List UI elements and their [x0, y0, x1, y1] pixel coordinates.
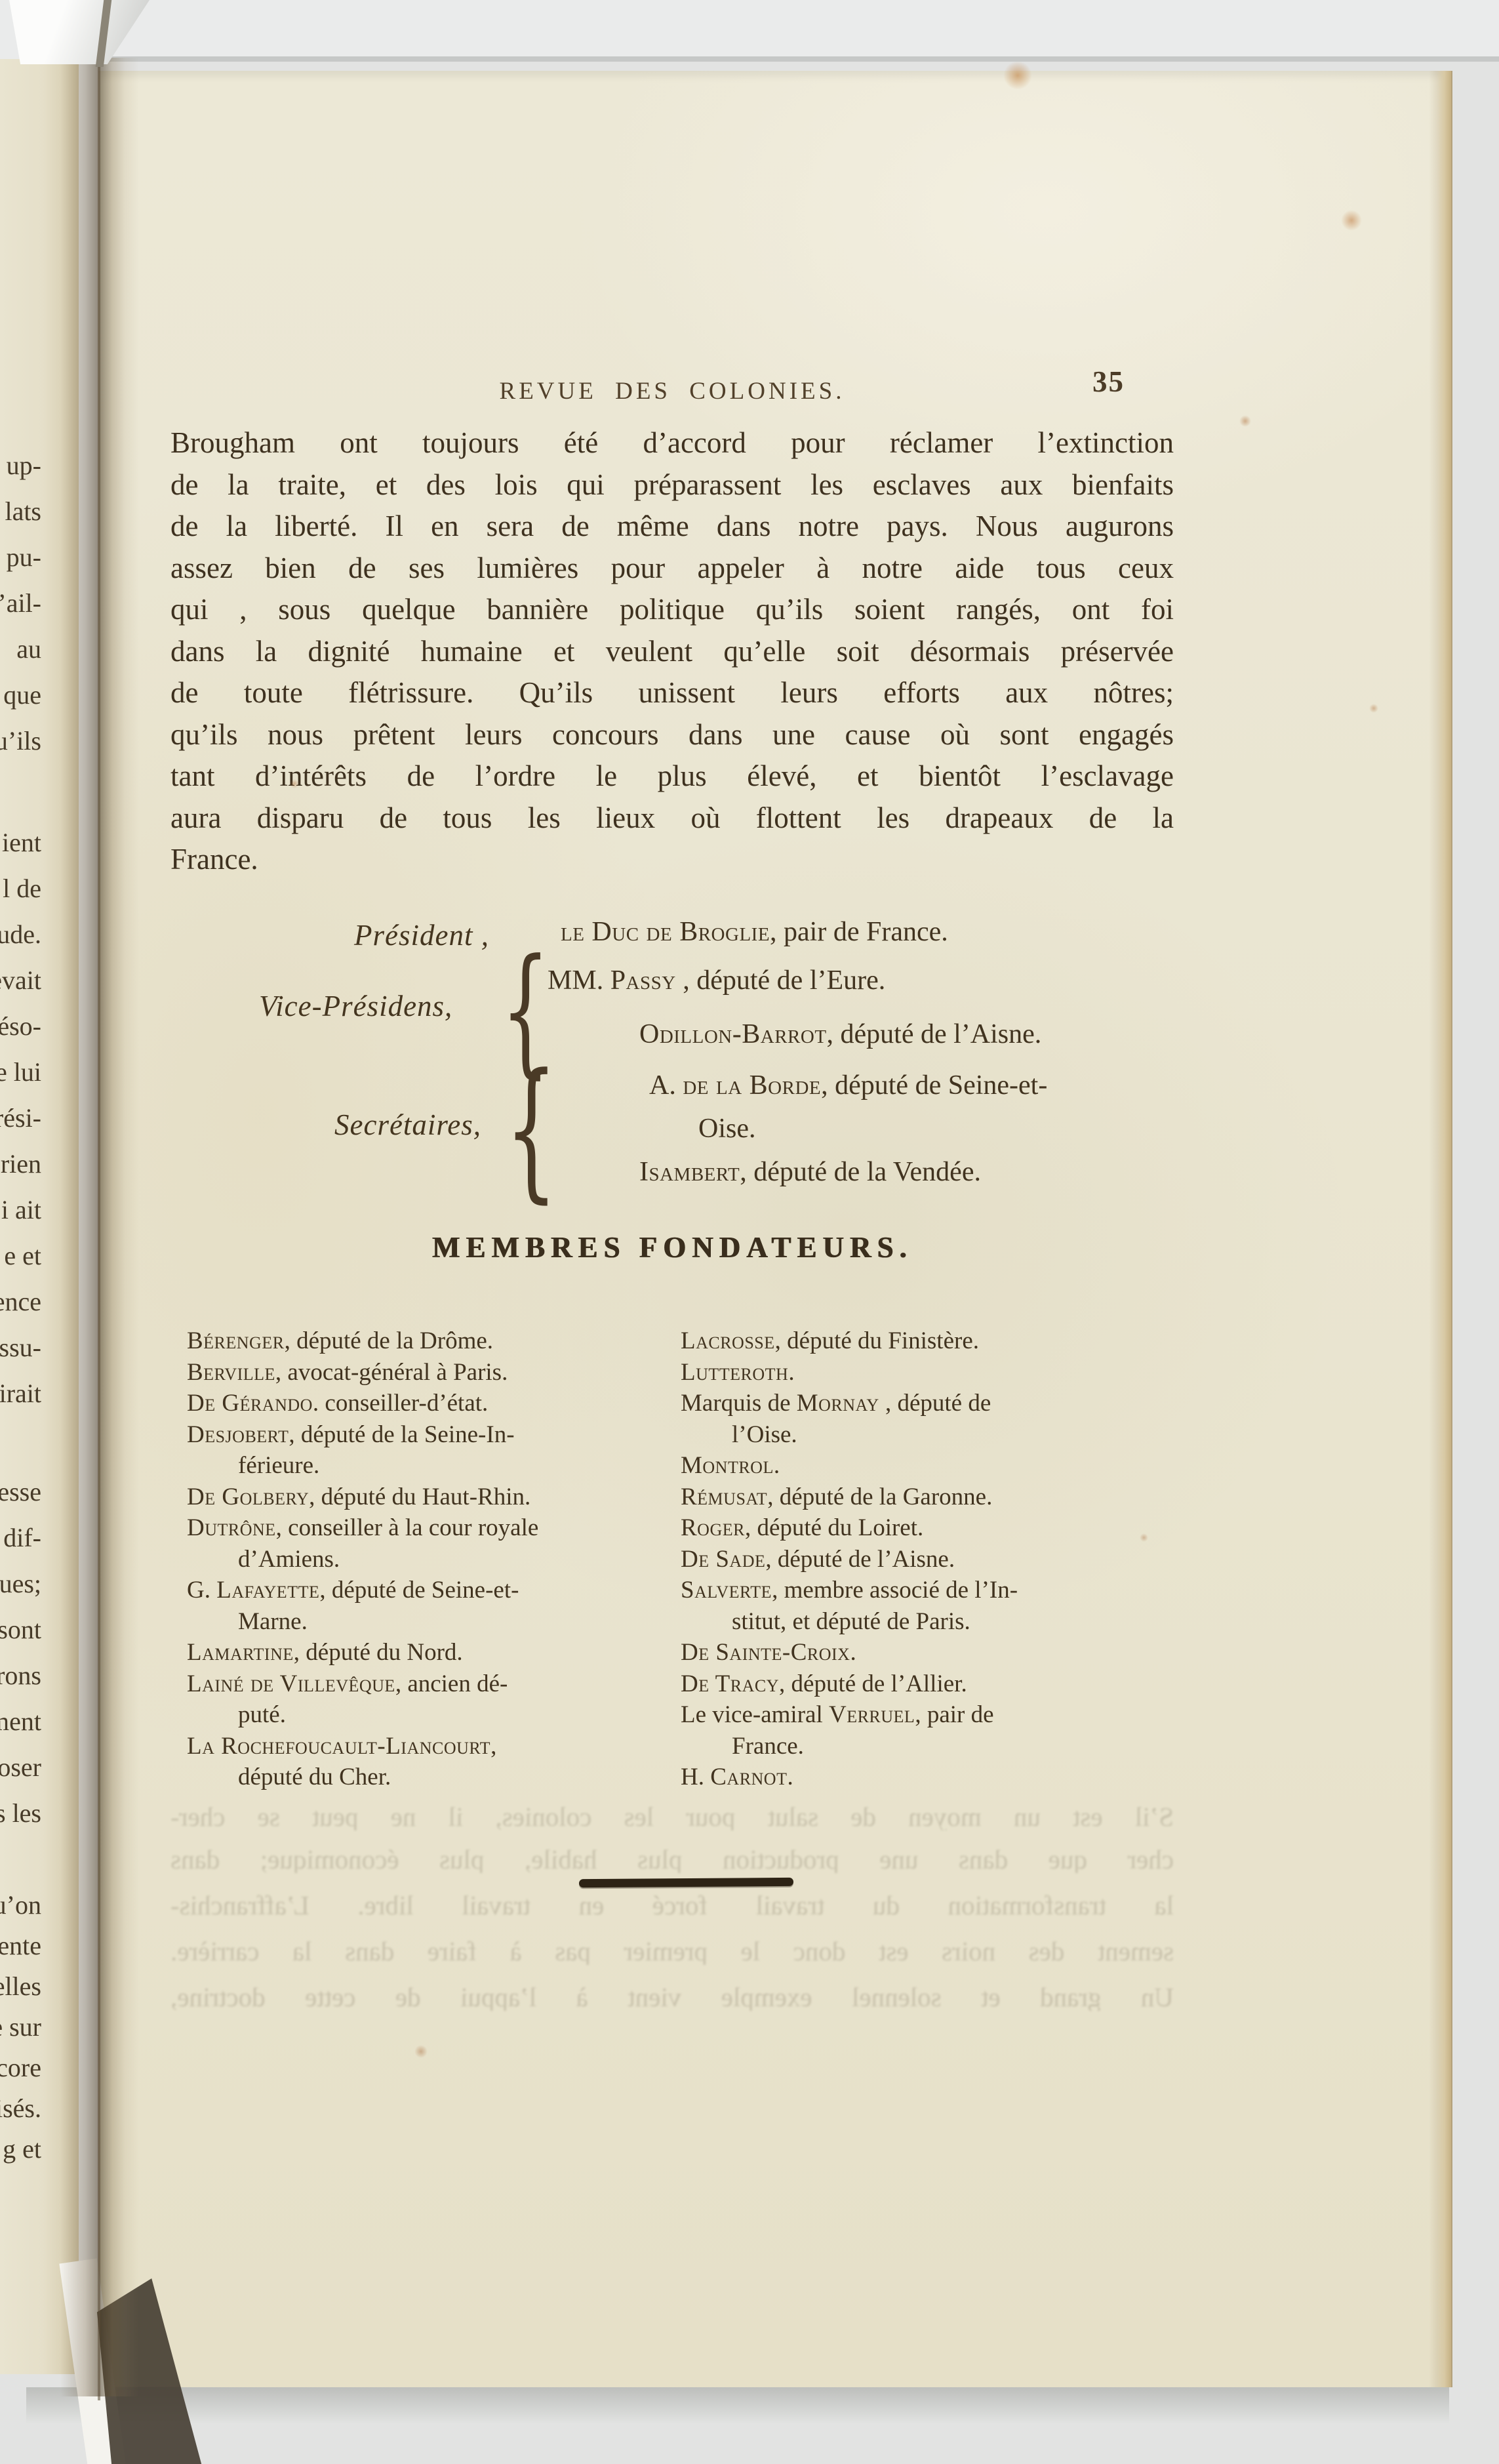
member-text: G. [187, 1577, 216, 1604]
margin-fragment: lesse [0, 1479, 41, 1505]
margin-fragment: oser [0, 1754, 41, 1781]
member-text: , député du Haut-Rhin. [309, 1484, 530, 1510]
member-line: Marquis de Mornay , député de [681, 1391, 991, 1415]
margin-fragment: e et [4, 1243, 41, 1269]
paragraph-line: aura disparu de tous les lieux où flotte… [170, 803, 1174, 834]
margin-fragment: lats [5, 498, 41, 525]
member-line: Lamartine, député du Nord. [187, 1640, 463, 1665]
member-line: Marne. [238, 1609, 308, 1634]
paragraph-line: qu’ils nous prêtent leurs concours dans … [170, 719, 1174, 750]
member-text: puté. [238, 1701, 286, 1728]
paragraph-line: de la liberté. Il en sera de même dans n… [170, 511, 1174, 542]
officer-entry-line: A. de la Borde, député de Seine-et- [649, 1072, 1047, 1099]
member-text: , député de Seine-et- [319, 1577, 519, 1604]
member-text: , pair de [915, 1701, 993, 1728]
margin-fragment: rési- [0, 1105, 41, 1131]
members-heading: MEMBRES FONDATEURS. [170, 1233, 1174, 1262]
member-line: Lacrosse, député du Finistère. [681, 1329, 979, 1353]
member-line: Desjobert, député de la Seine-In- [187, 1423, 515, 1447]
member-name: Lacrosse [681, 1327, 775, 1354]
foxing-spot [414, 2045, 428, 2058]
member-text: stitut, et député de Paris. [732, 1608, 970, 1635]
paragraph-line: de toute flétrissure. Qu’ils unissent le… [170, 677, 1174, 708]
member-name: Lutteroth [681, 1359, 788, 1386]
member-line: Lainé de Villevêque, ancien dé- [187, 1672, 508, 1696]
member-line: De Sainte-Croix. [681, 1640, 856, 1665]
member-text: , député de la Vendée. [740, 1157, 981, 1187]
member-line: Le vice-amiral Verruel, pair de [681, 1703, 994, 1727]
margin-fragment: up- [7, 453, 41, 479]
member-name: Rémusat [681, 1484, 767, 1510]
member-text: . [850, 1639, 856, 1666]
member-text: , député de la Seine-In- [289, 1421, 514, 1448]
bleedthrough-line: Un grand et solennel exemple vient à l’a… [170, 1984, 1174, 2011]
member-line: Roger, député du Loiret. [681, 1516, 923, 1540]
section-end-rule [579, 1878, 793, 1888]
member-line: député du Cher. [238, 1765, 391, 1789]
member-text: d’Amiens. [238, 1546, 340, 1573]
paragraph-line: Brougham ont toujours été d’accord pour … [170, 428, 1174, 458]
member-text: , député de [879, 1390, 991, 1417]
member-name: De Sainte-Croix [681, 1639, 850, 1666]
margin-fragment: erons [0, 1663, 41, 1689]
foxing-spot [1369, 704, 1378, 713]
bleedthrough-line: la transformation du travail forcé en tr… [170, 1892, 1174, 1919]
member-name: Desjobert [187, 1421, 289, 1448]
member-text: Marne. [238, 1608, 308, 1635]
margin-fragment: u’ils [0, 728, 41, 754]
member-text: . [788, 1359, 794, 1386]
member-text: Marquis de [681, 1390, 797, 1417]
margin-fragment: éso- [0, 1013, 41, 1040]
margin-fragment: ues; [0, 1571, 41, 1597]
member-line: La Rochefoucault-Liancourt, [187, 1734, 496, 1758]
margin-fragment: s les [0, 1800, 41, 1827]
margin-fragment: ’ail- [0, 590, 41, 616]
paragraph-line: France. [170, 844, 1174, 875]
member-text: A. [649, 1070, 683, 1101]
member-text: , député de Seine-et- [821, 1070, 1047, 1101]
paragraph-line: dans la dignité humaine et veulent qu’el… [170, 636, 1174, 667]
member-text: , député de la Garonne. [767, 1484, 992, 1510]
paragraph-line: tant d’intérêts de l’ordre le plus élevé… [170, 761, 1174, 792]
book-scan: up-latspu-’ail-auqueu’ilsientl deude.eva… [0, 0, 1499, 2464]
margin-fragment: sont [0, 1617, 41, 1643]
margin-fragment: u’on [0, 1892, 41, 1918]
paragraph-line: assez bien de ses lumières pour appeler … [170, 553, 1174, 584]
member-line: G. Lafayette, député de Seine-et- [187, 1578, 519, 1602]
margin-fragment: que [3, 682, 41, 708]
margin-fragment: i ait [1, 1197, 41, 1223]
officer-role-label: Vice-Présidens, [259, 992, 452, 1021]
member-line: H. Carnot. [681, 1765, 793, 1789]
page-right-edge [1429, 71, 1452, 2387]
member-name: De Gérando [187, 1390, 313, 1417]
bleedthrough-line: sement des noirs est donc le premier pas… [170, 1938, 1174, 1965]
member-line: stitut, et député de Paris. [732, 1609, 970, 1634]
member-text: , député de l’Allier. [779, 1670, 967, 1697]
officer-entry-line: MM. Passy , député de l’Eure. [548, 967, 885, 994]
margin-fragment: ssu- [0, 1335, 41, 1361]
margin-fragment: elles [0, 1973, 41, 2000]
member-text: France. [732, 1733, 804, 1760]
member-text: . conseiller-d’état. [313, 1390, 488, 1417]
margin-fragment: ient [2, 830, 41, 856]
page: REVUE DES COLONIES. 35 Brougham ont touj… [98, 71, 1452, 2387]
member-name: Berville [187, 1359, 275, 1386]
member-line: France. [732, 1734, 804, 1758]
member-name: De Sade [681, 1546, 765, 1573]
member-name: Verruel [829, 1701, 915, 1728]
member-line: Lutteroth. [681, 1360, 795, 1384]
member-text: , conseiller à la cour royale [276, 1514, 539, 1541]
member-name: de la Borde [683, 1070, 821, 1101]
member-line: férieure. [238, 1453, 319, 1478]
officer-entry-line: le Duc de Broglie, pair de France. [561, 918, 948, 946]
scanner-background [0, 0, 1499, 60]
member-name: Carnot [710, 1764, 787, 1790]
member-line: Berville, avocat-général à Paris. [187, 1360, 508, 1384]
member-name: Salverte [681, 1577, 772, 1604]
member-line: l’Oise. [732, 1423, 797, 1447]
member-name: Odillon-Barrot [639, 1019, 827, 1049]
member-text: Oise. [698, 1114, 756, 1144]
member-name: Montrol [681, 1452, 774, 1479]
officer-entry-line: Odillon-Barrot, député de l’Aisne. [639, 1020, 1041, 1048]
margin-fragment: e sur [0, 2014, 41, 2040]
member-text: férieure. [238, 1452, 319, 1479]
member-text: , député de l’Eure. [676, 965, 886, 996]
member-line: puté. [238, 1703, 286, 1727]
margin-fragment: sente [0, 1933, 41, 1959]
member-line: d’Amiens. [238, 1547, 340, 1571]
brace: { [505, 1062, 557, 1197]
foxing-spot [1003, 61, 1032, 90]
member-line: De Sade, député de l’Aisne. [681, 1547, 955, 1571]
margin-fragment: ude. [0, 921, 41, 948]
member-name: Dutrône [187, 1514, 276, 1541]
member-text: . [787, 1764, 793, 1790]
member-name: Lainé de Villevêque [187, 1670, 395, 1697]
margin-fragment: rien [1, 1151, 41, 1177]
paragraph-line: de la traite, et des lois qui préparasse… [170, 470, 1174, 500]
member-name: De Golbery [187, 1484, 309, 1510]
member-line: Salverte, membre associé de l’In- [681, 1578, 1018, 1602]
member-text: , député de la Drôme. [285, 1327, 494, 1354]
margin-fragment: evait [0, 967, 41, 994]
page-number: 35 [1092, 367, 1125, 397]
member-name: La Rochefoucault-Liancourt [187, 1733, 490, 1760]
member-text: , membre associé de l’In- [772, 1577, 1018, 1604]
foxing-spot [1341, 210, 1362, 231]
member-text: , ancien dé- [395, 1670, 508, 1697]
margin-fragment: irait [0, 1381, 41, 1407]
member-name: Bérenger [187, 1327, 285, 1354]
bleedthrough-line: cher que dans une production plus habile… [170, 1846, 1174, 1873]
officer-entry-line: Oise. [698, 1115, 756, 1142]
margin-fragment: dif- [3, 1525, 41, 1551]
member-text: , [490, 1733, 496, 1760]
officer-role-label: Président , [354, 921, 489, 950]
member-name: Isambert [639, 1157, 740, 1187]
member-text: , député de l’Aisne. [765, 1546, 955, 1573]
member-line: De Golbery, député du Haut-Rhin. [187, 1485, 530, 1509]
member-name: le Duc de Broglie [561, 917, 770, 947]
bleedthrough-line: S’il est un moyen de salut pour les colo… [170, 1804, 1174, 1830]
margin-fragment: visés. [0, 2095, 41, 2122]
member-line: Dutrône, conseiller à la cour royale [187, 1516, 538, 1540]
page-bottom-shadow [26, 2387, 1449, 2424]
member-text: , avocat-général à Paris. [275, 1359, 508, 1386]
member-name: Mornay [797, 1390, 879, 1417]
member-text: , député du Loiret. [745, 1514, 923, 1541]
member-line: Bérenger, député de la Drôme. [187, 1329, 493, 1353]
member-name: Roger [681, 1514, 745, 1541]
margin-fragment: ncore [0, 2055, 41, 2081]
member-text: H. [681, 1764, 710, 1790]
running-header: REVUE DES COLONIES. [170, 379, 1174, 403]
paragraph-line: qui , sous quelque bannière politique qu… [170, 594, 1174, 625]
foxing-spot [1239, 415, 1251, 427]
member-name: Lafayette [216, 1577, 319, 1604]
member-text: . [774, 1452, 780, 1479]
officer-entry-line: Isambert, député de la Vendée. [639, 1158, 981, 1186]
member-text: MM. [548, 965, 610, 996]
member-name: De Tracy [681, 1670, 779, 1697]
margin-fragment: g et [3, 2136, 41, 2162]
member-text: , député de l’Aisne. [827, 1019, 1042, 1049]
member-name: Lamartine [187, 1639, 294, 1666]
margin-fragment: ence [0, 1289, 41, 1315]
scanner-edge-line [92, 56, 1499, 62]
officer-role-label: Secrétaires, [334, 1110, 481, 1140]
member-text: , député du Nord. [294, 1639, 463, 1666]
member-name: Passy [610, 965, 676, 996]
member-text: Le vice-amiral [681, 1701, 829, 1728]
margin-fragment: e lui [0, 1059, 41, 1085]
member-line: De Gérando. conseiller-d’état. [187, 1391, 488, 1415]
member-text: , pair de France. [770, 917, 948, 947]
member-text: député du Cher. [238, 1764, 391, 1790]
member-text: l’Oise. [732, 1421, 797, 1448]
margin-fragment: au [16, 636, 41, 662]
margin-fragment: pu- [7, 544, 41, 571]
member-line: De Tracy, député de l’Allier. [681, 1672, 967, 1696]
member-line: Montrol. [681, 1453, 780, 1478]
margin-fragment: l de [3, 876, 41, 902]
margin-fragment: ment [0, 1708, 41, 1735]
member-text: , député du Finistère. [775, 1327, 979, 1354]
member-line: Rémusat, député de la Garonne. [681, 1485, 992, 1509]
foxing-spot [1140, 1533, 1148, 1542]
